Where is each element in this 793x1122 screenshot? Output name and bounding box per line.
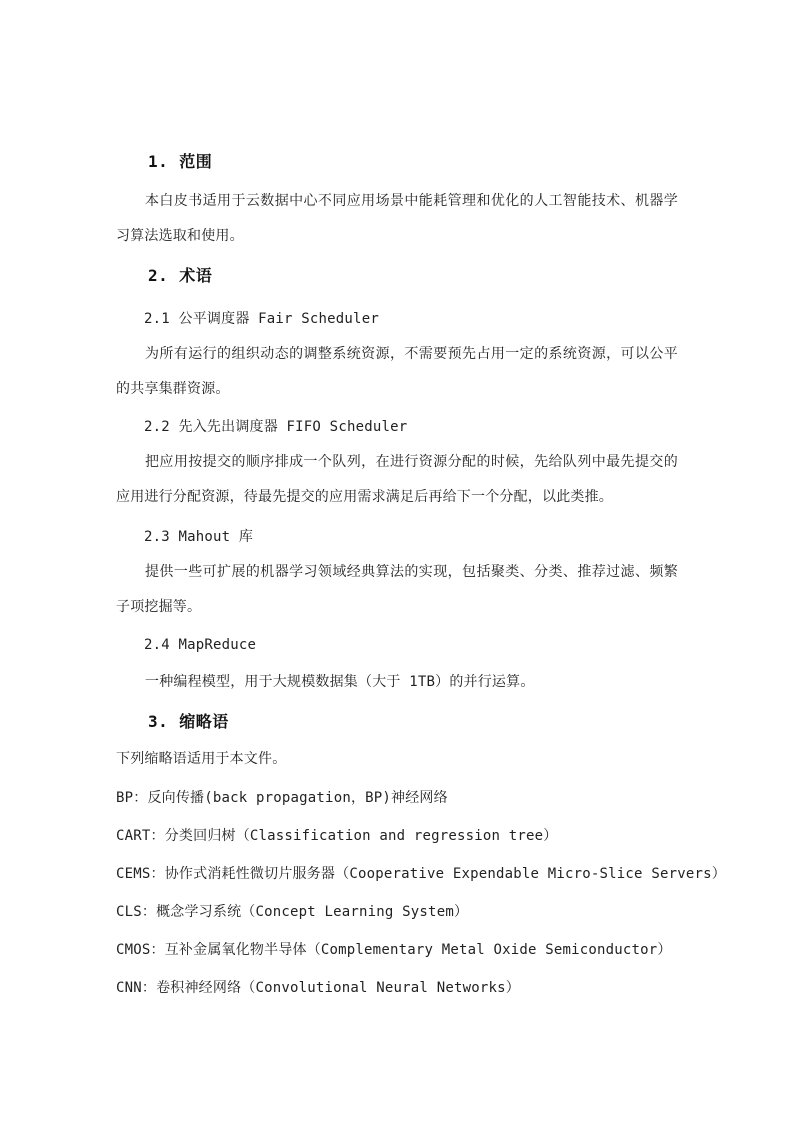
term-2-3-definition: 提供一些可扩展的机器学习领域经典算法的实现，包括聚类、分类、推荐过滤、频繁子项挖… [116, 555, 678, 625]
section-1-body: 本白皮书适用于云数据中心不同应用场景中能耗管理和优化的人工智能技术、机器学习算法… [116, 184, 678, 254]
section-1-heading: 1.范围 [116, 152, 678, 172]
term-2-4-definition: 一种编程模型，用于大规模数据集（大于 1TB）的并行运算。 [116, 665, 678, 700]
term-2-1-heading: 2.1 公平调度器 Fair Scheduler [116, 309, 678, 329]
term-2-2-definition: 把应用按提交的顺序排成一个队列，在进行资源分配的时候，先给队列中最先提交的应用进… [116, 445, 678, 515]
abbreviation-item-cnn: CNN：卷积神经网络（Convolutional Neural Networks… [116, 978, 678, 998]
term-2-2-heading: 2.2 先入先出调度器 FIFO Scheduler [116, 417, 678, 437]
abbreviation-item-cart: CART：分类回归树（Classification and regression… [116, 826, 678, 846]
section-3-number: 3. [148, 712, 168, 732]
abbreviation-item-cems: CEMS：协作式消耗性微切片服务器（Cooperative Expendable… [116, 864, 678, 884]
abbreviation-item-cls: CLS：概念学习系统（Concept Learning System） [116, 902, 678, 922]
section-1-title: 范围 [179, 152, 212, 171]
term-2-3-heading: 2.3 Mahout 库 [116, 527, 678, 547]
section-2-heading: 2.术语 [116, 266, 678, 286]
section-2-number: 2. [148, 266, 168, 286]
abbreviation-item-cmos: CMOS：互补金属氧化物半导体（Complementary Metal Oxid… [116, 940, 678, 960]
abbreviation-item-bp: BP：反向传播(back propagation，BP)神经网络 [116, 788, 678, 808]
section-3-heading: 3.缩略语 [116, 712, 678, 732]
document-page: 1.范围 本白皮书适用于云数据中心不同应用场景中能耗管理和优化的人工智能技术、机… [0, 0, 793, 1122]
section-3-title: 缩略语 [179, 712, 229, 731]
term-2-4-heading: 2.4 MapReduce [116, 635, 678, 655]
term-2-1-definition: 为所有运行的组织动态的调整系统资源，不需要预先占用一定的系统资源，可以公平的共享… [116, 337, 678, 407]
abbreviation-intro: 下列缩略语适用于本文件。 [116, 749, 678, 769]
section-1-number: 1. [148, 152, 168, 172]
section-2-title: 术语 [179, 266, 212, 285]
